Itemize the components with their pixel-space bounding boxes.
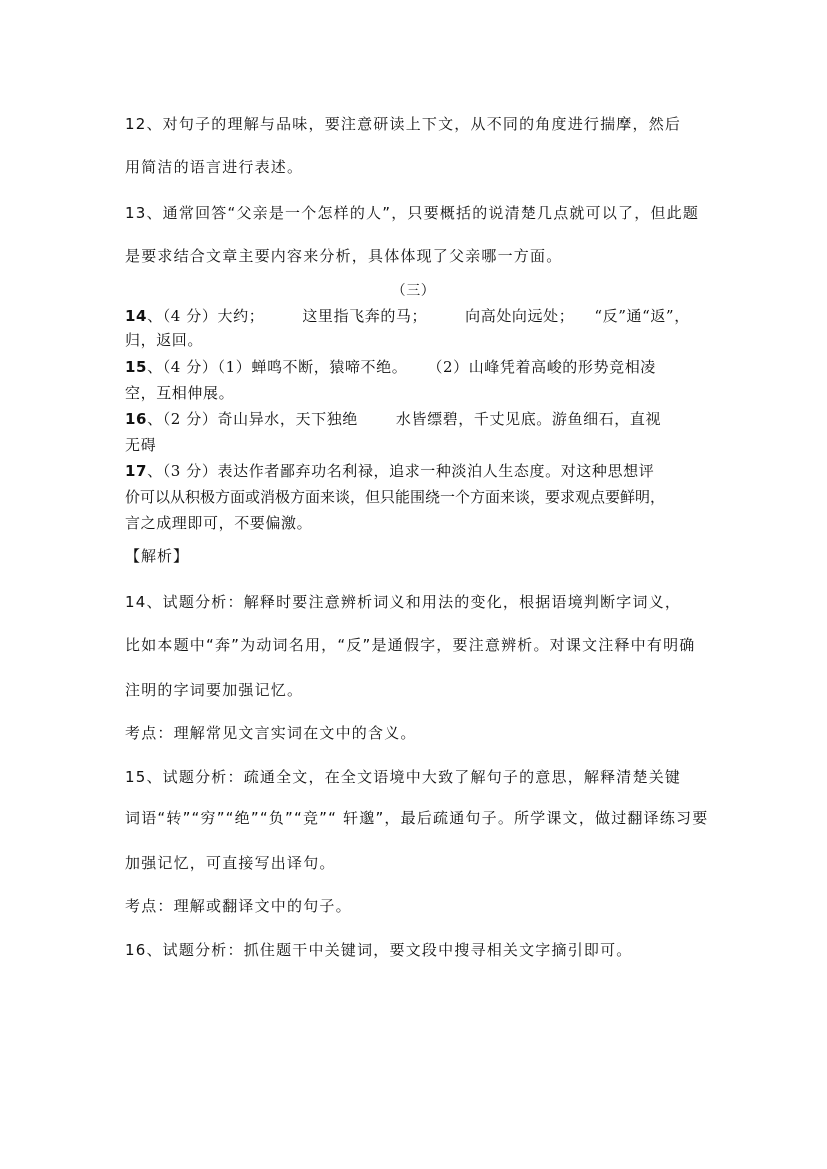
answer-17-line-2: 价可以从积极方面或消极方面来谈，但只能围绕一个方面来谈，要求观点要鲜明， — [125, 486, 665, 507]
analysis-15-line-2: 词语“转”“穷”“绝”“负”“竞”“ 轩邈”，最后疏通句子。所学课文，做过翻译练… — [125, 807, 708, 828]
section-heading: （三） — [0, 280, 827, 300]
answer-14-line-1: 14、（4 分）大约；这里指飞奔的马；向高处向远处；“反”通“返”， — [125, 305, 690, 326]
separator: 、 — [147, 462, 163, 480]
analysis-14-line-2: 比如本题中“奔”为动词名用，“反”是通假字，要注意辨析。对课文注释中有明确 — [125, 634, 696, 655]
answer-number: 17 — [125, 462, 147, 480]
answer-17-line-3: 言之成理即可，不要偏激。 — [125, 512, 312, 533]
answer-14-line-2: 归，返回。 — [125, 329, 203, 350]
answer-16-line-1: 16、（2 分）奇山异水，天下独绝水皆缥碧，千丈见底。游鱼细石，直视 — [125, 408, 661, 429]
answer-score: （3 分） — [163, 462, 218, 480]
note-13-line-1: 13、通常回答“父亲是一个怎样的人”，只要概括的说清楚几点就可以了，但此题 — [125, 202, 699, 223]
answer-15-line-2: 空，互相伸展。 — [125, 382, 234, 403]
answer-number: 14 — [125, 307, 147, 325]
answer-part: “反”通“返”， — [594, 307, 689, 325]
answer-number: 15 — [125, 358, 147, 376]
answer-text: 水皆缥碧，千丈见底。游鱼细石，直视 — [396, 410, 661, 428]
analysis-14-line-3: 注明的字词要加强记忆。 — [125, 679, 303, 700]
answer-score: （4 分） — [163, 358, 218, 376]
separator: 、 — [147, 410, 163, 428]
analysis-14-kaodian: 考点：理解常见文言实词在文中的含义。 — [125, 722, 417, 743]
answer-score: （2 分） — [163, 410, 218, 428]
answer-text: 表达作者鄙弃功名利禄，追求一种淡泊人生态度。对这种思想评 — [218, 462, 655, 480]
note-12-line-2: 用简洁的语言进行表述。 — [125, 156, 303, 177]
answer-text: 奇山异水，天下独绝 — [218, 410, 358, 428]
analysis-14-line-1: 14、试题分析：解释时要注意辨析词义和用法的变化，根据语境判断字词义， — [125, 591, 681, 612]
answer-score: （4 分） — [163, 307, 218, 325]
answer-15-line-1: 15、（4 分）（1）蝉鸣不断，猿啼不绝。（2）山峰凭着高峻的形势竞相凌 — [125, 356, 656, 377]
analysis-heading: 【解析】 — [125, 545, 189, 566]
answer-16-line-2: 无碍 — [125, 434, 156, 455]
answer-number: 16 — [125, 410, 147, 428]
analysis-15-line-3: 加强记忆，可直接写出译句。 — [125, 852, 336, 873]
analysis-16-line-1: 16、试题分析：抓住题干中关键词，要文段中搜寻相关文字摘引即可。 — [125, 939, 633, 960]
answer-text: （1）蝉鸣不断，猿啼不绝。 — [218, 358, 408, 376]
document-page: 12、对句子的理解与品味，要注意研读上下文，从不同的角度进行揣摩，然后 用简洁的… — [0, 0, 827, 1169]
answer-part: 大约； — [218, 307, 265, 325]
answer-17-line-1: 17、（3 分）表达作者鄙弃功名利禄，追求一种淡泊人生态度。对这种思想评 — [125, 460, 654, 481]
answer-text: （2）山峰凭着高峻的形势竞相凌 — [427, 358, 656, 376]
separator: 、 — [147, 307, 163, 325]
answer-part: 向高处向远处； — [465, 307, 574, 325]
separator: 、 — [147, 358, 163, 376]
answer-part: 这里指飞奔的马； — [302, 307, 427, 325]
note-13-line-2: 是要求结合文章主要内容来分析，具体体现了父亲哪一方面。 — [125, 245, 562, 266]
analysis-15-line-1: 15、试题分析：疏通全文，在全文语境中大致了解句子的意思，解释清楚关键 — [125, 766, 681, 787]
analysis-15-kaodian: 考点：理解或翻译文中的句子。 — [125, 895, 352, 916]
note-12-line-1: 12、对句子的理解与品味，要注意研读上下文，从不同的角度进行揣摩，然后 — [125, 113, 681, 134]
